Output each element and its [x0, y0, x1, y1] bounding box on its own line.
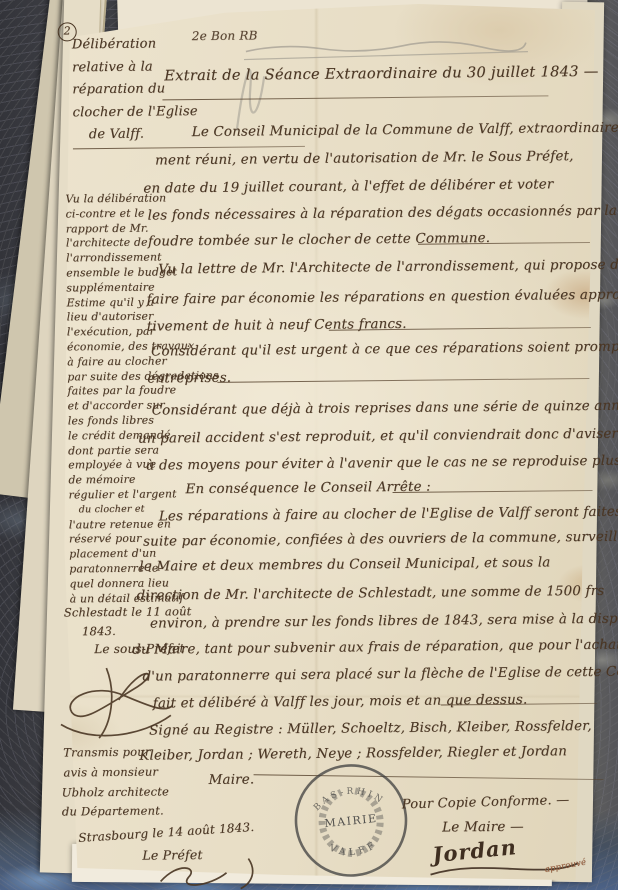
ink-rule [217, 378, 589, 383]
body-line: ment réuni, en vertu de l'autorisation d… [155, 149, 574, 168]
body-line: environ, à prendre sur les fonds libres … [150, 611, 618, 631]
body-line: Le Conseil Municipal de la Commune de Va… [192, 121, 618, 141]
margin-underline [73, 146, 305, 150]
margin-subject-line: relative à la [72, 56, 197, 80]
body-line: suite par économie, confiées à des ouvri… [143, 529, 618, 549]
body-line: entreprises. [147, 371, 231, 387]
body-line: Considérant que déjà à trois reprises da… [152, 398, 618, 418]
stamp-center-text: MAIRIE [324, 812, 378, 830]
margin-note-line: de mémoire [68, 472, 178, 488]
body-line: un pareil accident s'est reproduit, et q… [138, 427, 618, 447]
body-line: tivement de huit à neuf Cents francs. [147, 317, 407, 335]
body-line: foudre tombée sur le clocher de cette Co… [148, 231, 490, 250]
transmission-line: Transmis pour [63, 745, 150, 760]
pencil-note-scribble [242, 36, 534, 67]
prefet-signature [152, 856, 292, 890]
maire-line: Le Maire — [442, 819, 524, 836]
margin-subject-line: de Valff. [73, 123, 198, 147]
title-underline [162, 95, 548, 100]
margin-subject-line: réparation du [72, 78, 197, 102]
margin-subject-line: Délibération [72, 33, 197, 57]
margin-subject-line: clocher de l'Eglise [72, 101, 197, 125]
transmission-line: Ubholz architecte [62, 784, 170, 799]
photo-of-document: 2 2e Bon RB Extrait de la Séance Extraor… [0, 0, 618, 890]
body-line: En conséquence le Conseil Arrête : [185, 480, 431, 498]
mairie-stamp: BAS-RHIN MAIRIE VALFF [284, 752, 418, 889]
copy-conforme-line: Pour Copie Conforme. — [402, 793, 570, 813]
body-line: fait et délibéré à Valff les jour, mois … [153, 693, 528, 712]
transmission-line: du Département. [62, 803, 164, 818]
margin-subject: Délibération relative à la réparation du… [72, 33, 198, 147]
margin-date-year: 1843. [82, 624, 116, 638]
ink-layer: 2 2e Bon RB Extrait de la Séance Extraor… [0, 0, 618, 890]
body-line: Vu la lettre de Mr. l'Architecte de l'ar… [158, 258, 618, 278]
stamp-bottom-text: VALFF [326, 838, 381, 861]
body-line: en date du 19 juillet courant, à l'effet… [143, 177, 553, 196]
transmission-line: avis à monsieur [63, 765, 158, 780]
body-line: à des moyens pour éviter à l'avenir que … [146, 453, 618, 473]
document-title: Extrait de la Séance Extraordinaire du 3… [164, 63, 599, 85]
body-line: faire faire par économie les réparations… [146, 287, 618, 307]
body-line: direction de Mr. l'architecte de Schlest… [137, 584, 605, 604]
body-line: d'un paratonnerre qui sera placé sur la … [142, 664, 618, 685]
body-line: Les réparations à faire au clocher de l'… [159, 504, 618, 524]
body-line: le Maire et deux membres du Conseil Muni… [139, 555, 550, 574]
body-line: les fonds nécessaires à la réparation de… [148, 204, 618, 224]
body-line: du Maire, tant pour subvenir aux frais d… [132, 638, 618, 658]
body-line: Maire. [208, 772, 254, 787]
body-line: Considérant qu'il est urgent à ce que ce… [151, 339, 618, 359]
transmission-date: Strasbourg le 14 août 1843. [78, 820, 255, 845]
body-line: Signé au Registre : Müller, Schoeltz, Bi… [149, 719, 592, 739]
margin-note-line: régulier et l'argent [68, 487, 178, 503]
